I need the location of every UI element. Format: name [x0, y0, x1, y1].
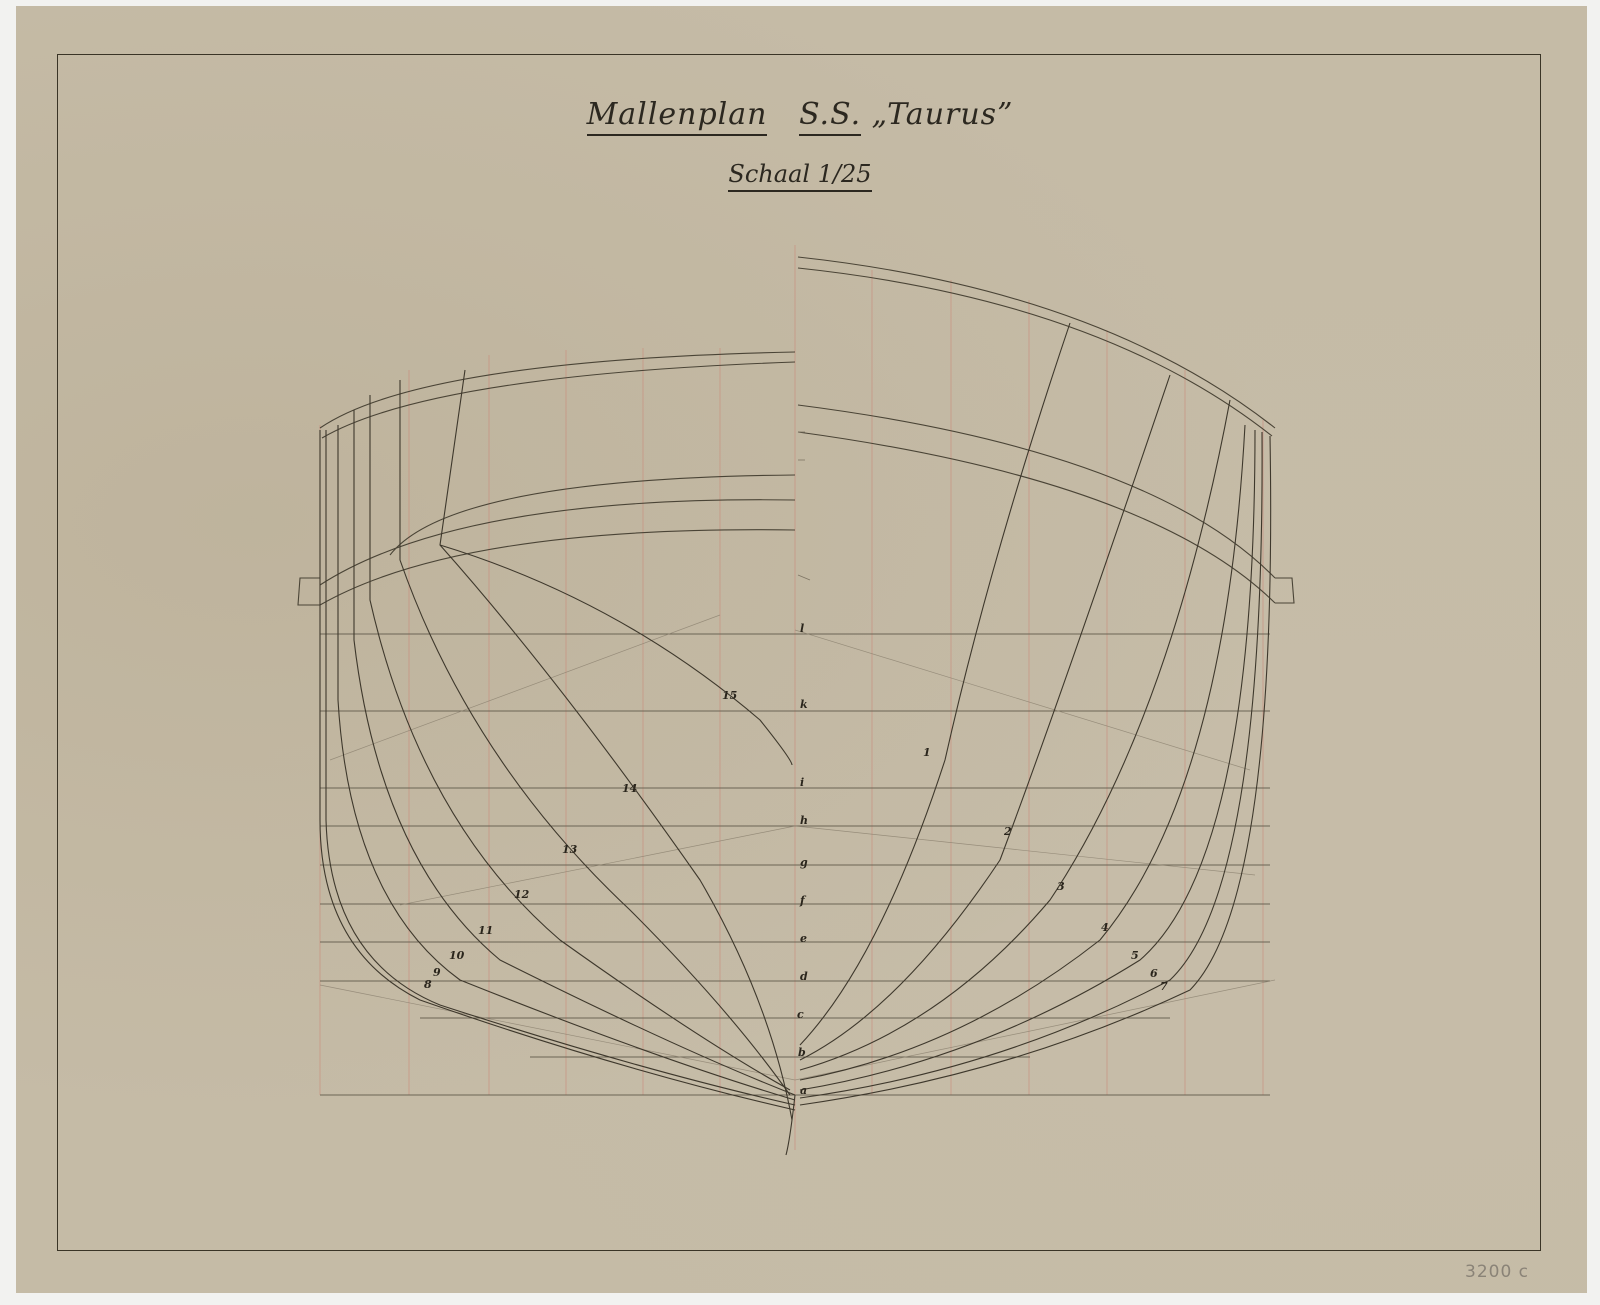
pencil-tick-marks — [798, 432, 810, 580]
station-label-13: 13 — [562, 843, 577, 856]
waterline-label-c: c — [797, 1008, 804, 1021]
fore-frame-lines — [800, 323, 1271, 1105]
station-label-5: 5 — [1131, 949, 1139, 962]
station-label-1: 1 — [923, 746, 931, 759]
waterline-label-b: b — [798, 1046, 806, 1059]
waterline-label-a: a — [800, 1084, 807, 1097]
station-label-10: 10 — [449, 949, 464, 962]
waterline-label-f: f — [800, 894, 805, 907]
station-label-3: 3 — [1057, 880, 1065, 893]
station-label-11: 11 — [478, 924, 493, 937]
waterline-label-h: h — [800, 814, 808, 827]
station-label-15: 15 — [722, 689, 737, 702]
inventory-number: 3200 c — [1465, 1262, 1529, 1282]
station-label-2: 2 — [1004, 825, 1012, 838]
waterline-label-l: l — [800, 622, 804, 635]
waterline-label-g: g — [800, 856, 808, 869]
waterline-label-k: k — [800, 698, 808, 711]
waterline-label-d: d — [800, 970, 808, 983]
station-label-6: 6 — [1150, 967, 1158, 980]
station-label-12: 12 — [514, 888, 529, 901]
station-label-14: 14 — [622, 782, 637, 795]
station-label-9: 9 — [433, 966, 441, 979]
aft-frame-lines — [320, 370, 795, 1155]
waterline-label-e: e — [800, 932, 807, 945]
station-label-4: 4 — [1101, 921, 1109, 934]
station-label-7: 7 — [1160, 980, 1168, 993]
waterline-label-i: i — [800, 776, 804, 789]
body-plan-drawing — [0, 0, 1600, 1305]
station-label-8: 8 — [424, 978, 432, 991]
